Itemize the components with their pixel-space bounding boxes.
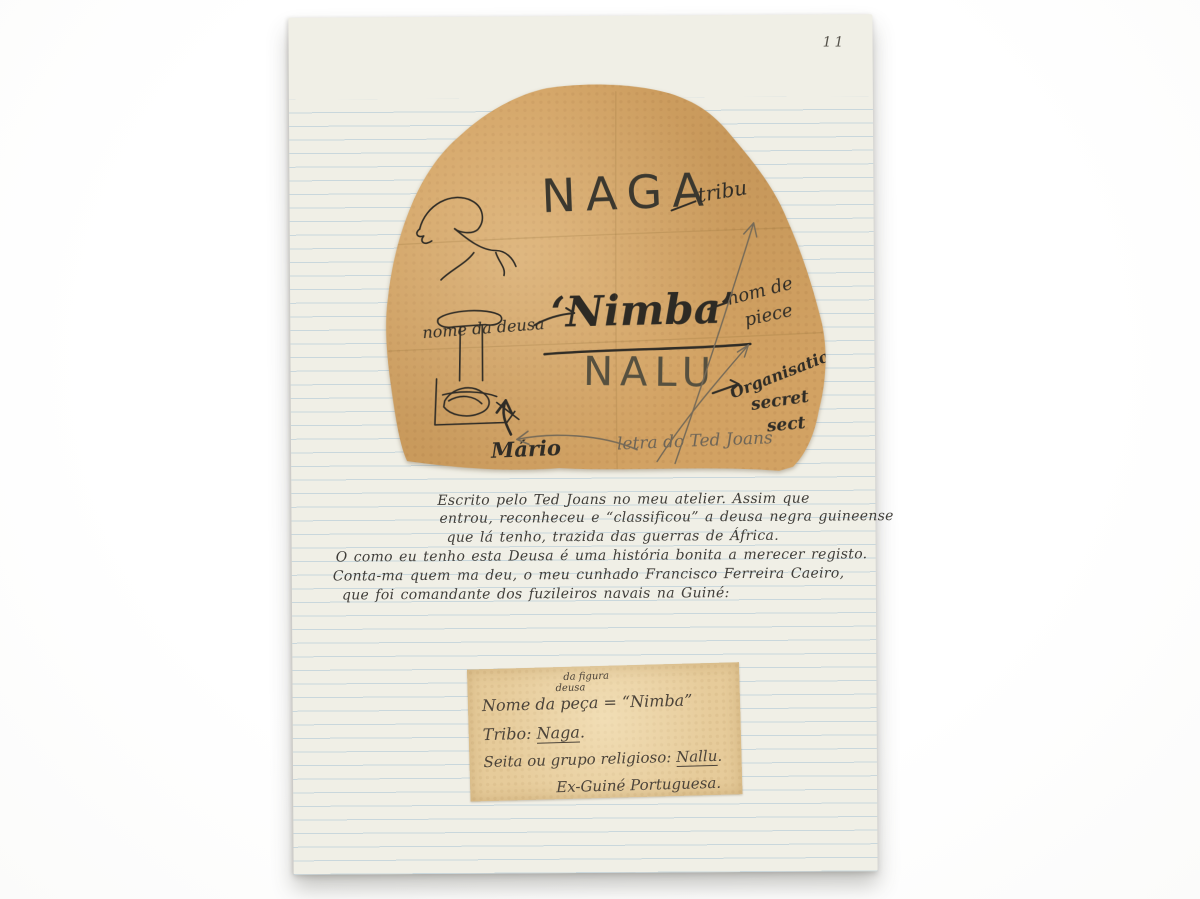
tribu-dash — [672, 201, 696, 210]
caption-card: da figura deusa Nome da peça = “Nimba” T… — [467, 662, 742, 801]
torn-paper-surface: NAGA tribu ‘Nimba’ NALU nom de piece Org… — [377, 80, 849, 475]
crease-vertical — [614, 92, 618, 470]
paragraph-line: entrou, reconheceu e “classificou” a deu… — [439, 508, 893, 527]
nom-de-piece-dash — [708, 302, 728, 309]
card-tribo-prefix: Tribo: — [483, 724, 537, 744]
card-insert-top: da figura — [563, 671, 609, 683]
card-tribo-suffix: . — [580, 722, 586, 741]
card-line-nome: Nome da peça = “Nimba” — [482, 690, 693, 715]
paragraph-line: que lá tenho, trazida das guerras de Áfr… — [447, 528, 779, 546]
torn-paper: NAGA tribu ‘Nimba’ NALU nom de piece Org… — [377, 80, 849, 475]
card-line-seita: Seita ou grupo religioso: Nallu. — [483, 747, 722, 771]
paragraph-line: Escrito pelo Ted Joans no meu atelier. A… — [437, 491, 809, 509]
nimba-sculpture-sketch — [434, 310, 519, 425]
paragraph-line: que foi comandante dos fuzileiros navais… — [342, 585, 730, 603]
paragraph-line: Conta-ma quem ma deu, o meu cunhado Fran… — [333, 565, 845, 584]
pencil-arrow-to-organisation — [656, 345, 749, 462]
page-number: 11 — [823, 34, 847, 50]
crease-horizontal-2 — [388, 333, 822, 352]
card-tribo-word: Naga — [536, 723, 580, 744]
sketch-layer — [377, 80, 849, 475]
handwritten-paragraph: Escrito pelo Ted Joans no meu atelier. A… — [288, 14, 872, 18]
bird-sketch — [417, 197, 516, 280]
card-seita-prefix: Seita ou grupo religioso: — [483, 748, 676, 771]
deusa-dash-tip — [566, 308, 574, 313]
curved-arrow-to-sculpture — [517, 431, 637, 451]
photo-backdrop: 11 NAGA tribu ‘Nimba’ NALU nom de piece … — [0, 0, 1200, 899]
card-line-tribo: Tribo: Naga. — [483, 722, 586, 744]
card-seita-suffix: . — [717, 747, 722, 765]
paragraph-line: O como eu tenho esta Deusa é uma históri… — [336, 546, 868, 565]
nimba-underline — [544, 344, 750, 354]
deusa-to-nimba-dash — [534, 313, 574, 325]
card-seita-word: Nallu — [676, 747, 718, 767]
card-line-exguine: Ex-Guiné Portuguesa. — [556, 774, 721, 796]
notebook-page: 11 NAGA tribu ‘Nimba’ NALU nom de piece … — [288, 14, 877, 875]
pencil-arrow-to-tribu — [674, 223, 758, 464]
card-insert-bottom: deusa — [555, 682, 585, 694]
